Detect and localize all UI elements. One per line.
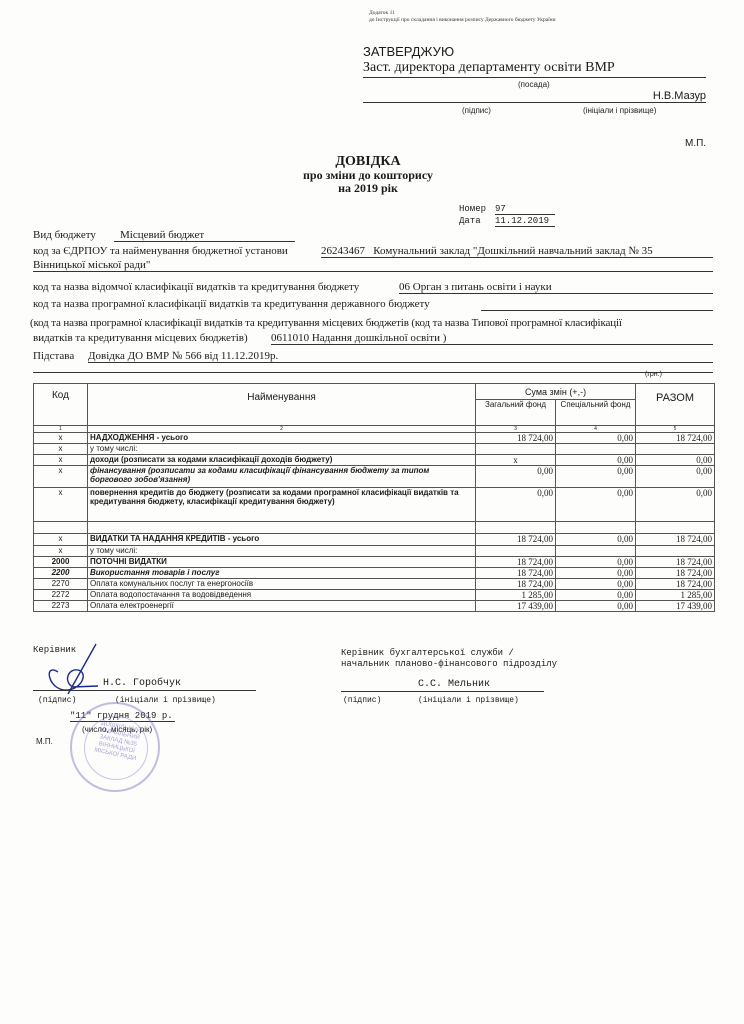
special-fund-cell: 0,00: [556, 466, 636, 488]
edrpou-label: код за ЄДРПОУ та найменування бюджетної …: [33, 245, 288, 257]
table-row: 2270Оплата комунальних послуг та енергон…: [34, 579, 715, 590]
index-cell: 3: [476, 426, 556, 433]
appendix-line-1: Додаток 11: [369, 10, 556, 17]
general-fund-cell: 1 285,00: [476, 590, 556, 601]
code-cell: 2272: [34, 590, 88, 601]
total-cell: 17 439,00: [636, 601, 715, 612]
index-cell: 5: [636, 426, 715, 433]
name-caption: (ініціали і прізвище): [583, 106, 656, 115]
separator-line: [33, 372, 713, 373]
general-fund-cell: 18 724,00: [476, 534, 556, 546]
accountant-signature-line: [341, 691, 544, 692]
special-fund-cell: 0,00: [556, 557, 636, 568]
institution-name: Комунальний заклад "Дошкільний навчальни…: [373, 245, 652, 257]
local-program-value: 0611010 Надання дошкільної освіти ): [271, 332, 713, 345]
accountant-name: С.С. Мельник: [418, 679, 490, 690]
name-cell: Оплата водопостачання та водовідведення: [88, 590, 476, 601]
total-cell: 0,00: [636, 455, 715, 466]
seal-label: М.П.: [685, 138, 706, 149]
currency-label: (грн.): [645, 371, 662, 378]
official-stamp: ДОШКІЛЬНИЙ НАВЧАЛЬНИЙ ЗАКЛАД №35 ВІННИЦЬ…: [70, 702, 160, 792]
head-sig-caption: (підпис): [38, 696, 76, 705]
name-cell: у тому числі:: [88, 444, 476, 455]
special-fund-cell: 0,00: [556, 534, 636, 546]
general-fund-cell: 18 724,00: [476, 568, 556, 579]
local-program-label-1: (код та назва програмної класифікації ви…: [30, 317, 720, 329]
name-cell: ВИДАТКИ ТА НАДАННЯ КРЕДИТІВ - усього: [88, 534, 476, 546]
document-title: ДОВІДКА про зміни до кошторису на 2019 р…: [250, 154, 486, 195]
code-cell: x: [34, 534, 88, 546]
head-name: Н.С. Горобчук: [103, 678, 181, 689]
head-seal-label: М.П.: [36, 737, 53, 746]
name-cell: ПОТОЧНІ ВИДАТКИ: [88, 557, 476, 568]
table-row: xНАДХОДЖЕННЯ - усього18 724,000,0018 724…: [34, 433, 715, 444]
total-cell: 18 724,00: [636, 579, 715, 590]
total-cell: 1 285,00: [636, 590, 715, 601]
header-total: РАЗОМ: [636, 384, 715, 426]
special-fund-cell: 0,00: [556, 568, 636, 579]
total-cell: 0,00: [636, 466, 715, 488]
general-fund-cell: [476, 546, 556, 557]
table-row: 2200Використання товарів і послуг18 724,…: [34, 568, 715, 579]
name-cell: фінансування (розписати за кодами класиф…: [88, 466, 476, 488]
institution-line-2: Вінницької міської ради": [33, 259, 713, 272]
basis-value: Довідка ДО ВМР № 566 від 11.12.2019р.: [88, 350, 713, 363]
special-fund-cell: 0,00: [556, 433, 636, 444]
changes-table: Код Найменування Сума змін (+,-) РАЗОМ З…: [33, 383, 715, 612]
header-name: Найменування: [88, 384, 476, 426]
code-cell: x: [34, 546, 88, 557]
header-general-fund: Загальний фонд: [476, 400, 556, 426]
total-cell: 18 724,00: [636, 568, 715, 579]
special-fund-cell: 0,00: [556, 590, 636, 601]
code-cell: 2000: [34, 557, 88, 568]
table-row: xу тому числі:: [34, 546, 715, 557]
code-cell: x: [34, 455, 88, 466]
name-cell: повернення кредитів до бюджету (розписат…: [88, 488, 476, 522]
departmental-label: код та назва відомчої класифікації видат…: [33, 281, 359, 293]
number-label: Номер: [459, 204, 486, 214]
total-cell: [636, 444, 715, 455]
approval-heading: ЗАТВЕРДЖУЮ: [363, 44, 454, 59]
position-caption: (посада): [518, 80, 550, 89]
total-cell: [636, 546, 715, 557]
edrpou-code: 26243467: [321, 245, 365, 257]
date-label: Дата: [459, 216, 481, 226]
special-fund-cell: [556, 444, 636, 455]
code-cell: [34, 522, 88, 534]
code-cell: x: [34, 444, 88, 455]
institution-line-1: 26243467 Комунальний заклад "Дошкільний …: [321, 245, 713, 258]
appendix-line-2: до Інструкції про складання і виконання …: [369, 17, 556, 24]
accountant-label-1: Керівник бухгалтерської служби /: [341, 648, 514, 658]
budget-type-label: Вид бюджету: [33, 229, 96, 241]
name-cell: доходи (розписати за кодами класифікації…: [88, 455, 476, 466]
total-cell: 18 724,00: [636, 534, 715, 546]
total-cell: 0,00: [636, 488, 715, 522]
special-fund-cell: 0,00: [556, 579, 636, 590]
accountant-name-caption: (ініціали і прізвище): [418, 696, 519, 705]
title-line-3: на 2019 рік: [250, 182, 486, 195]
table-row: 2272Оплата водопостачання та водовідведе…: [34, 590, 715, 601]
title-line-1: ДОВІДКА: [250, 154, 486, 169]
index-cell: 1: [34, 426, 88, 433]
table-row: 2000ПОТОЧНІ ВИДАТКИ18 724,000,0018 724,0…: [34, 557, 715, 568]
general-fund-cell: 18 724,00: [476, 433, 556, 444]
general-fund-cell: 0,00: [476, 466, 556, 488]
head-signature-line: [33, 690, 256, 691]
table-row: 2273Оплата електроенергії17 439,000,0017…: [34, 601, 715, 612]
signature-caption: (підпис): [462, 106, 491, 115]
table-row: xфінансування (розписати за кодами класи…: [34, 466, 715, 488]
code-cell: 2270: [34, 579, 88, 590]
table-row: xВИДАТКИ ТА НАДАННЯ КРЕДИТІВ - усього18 …: [34, 534, 715, 546]
name-cell: Оплата комунальних послуг та енергоносії…: [88, 579, 476, 590]
name-cell: Оплата електроенергії: [88, 601, 476, 612]
name-cell: [88, 522, 476, 534]
general-fund-cell: [476, 522, 556, 534]
special-fund-cell: 0,00: [556, 601, 636, 612]
appendix-note: Додаток 11 до Інструкції про складання і…: [369, 10, 556, 24]
general-fund-cell: 0,00: [476, 488, 556, 522]
code-cell: x: [34, 466, 88, 488]
local-program-label-2: видатків та кредитування місцевих бюджет…: [33, 332, 248, 344]
accountant-sig-caption: (підпис): [343, 696, 381, 705]
name-cell: у тому числі:: [88, 546, 476, 557]
date-value: 11.12.2019: [495, 216, 555, 227]
table-row: [34, 522, 715, 534]
header-special-fund: Спеціальний фонд: [556, 400, 636, 426]
table-row: xу тому числі:: [34, 444, 715, 455]
approval-position: Заст. директора департаменту освіти ВМР: [363, 60, 706, 78]
table-row: xдоходи (розписати за кодами класифікаці…: [34, 455, 715, 466]
general-fund-cell: 18 724,00: [476, 579, 556, 590]
index-cell: 4: [556, 426, 636, 433]
code-cell: x: [34, 488, 88, 522]
number-value: 97: [495, 204, 555, 215]
table-row: xповернення кредитів до бюджету (розписа…: [34, 488, 715, 522]
budget-type-value: Місцевий бюджет: [114, 229, 295, 242]
special-fund-cell: 0,00: [556, 488, 636, 522]
state-program-value: [481, 298, 713, 311]
general-fund-cell: [476, 444, 556, 455]
state-program-label: код та назва програмної класифікації вид…: [33, 298, 430, 310]
approver-name: Н.В.Мазур: [363, 90, 706, 103]
index-row: 1 2 3 4 5: [34, 426, 715, 433]
general-fund-cell: x: [476, 455, 556, 466]
general-fund-cell: 17 439,00: [476, 601, 556, 612]
departmental-value: 06 Орган з питань освіти і науки: [399, 281, 713, 294]
accountant-label-2: начальник планово-фінансового підрозділу: [341, 659, 557, 669]
special-fund-cell: [556, 546, 636, 557]
code-cell: 2273: [34, 601, 88, 612]
total-cell: 18 724,00: [636, 433, 715, 444]
general-fund-cell: 18 724,00: [476, 557, 556, 568]
code-cell: x: [34, 433, 88, 444]
header-sum-changes: Сума змін (+,-): [476, 384, 636, 400]
basis-label: Підстава: [33, 350, 74, 362]
code-cell: 2200: [34, 568, 88, 579]
name-cell: НАДХОДЖЕННЯ - усього: [88, 433, 476, 444]
name-cell: Використання товарів і послуг: [88, 568, 476, 579]
special-fund-cell: [556, 522, 636, 534]
special-fund-cell: 0,00: [556, 455, 636, 466]
total-cell: 18 724,00: [636, 557, 715, 568]
index-cell: 2: [88, 426, 476, 433]
header-code: Код: [34, 384, 88, 426]
total-cell: [636, 522, 715, 534]
